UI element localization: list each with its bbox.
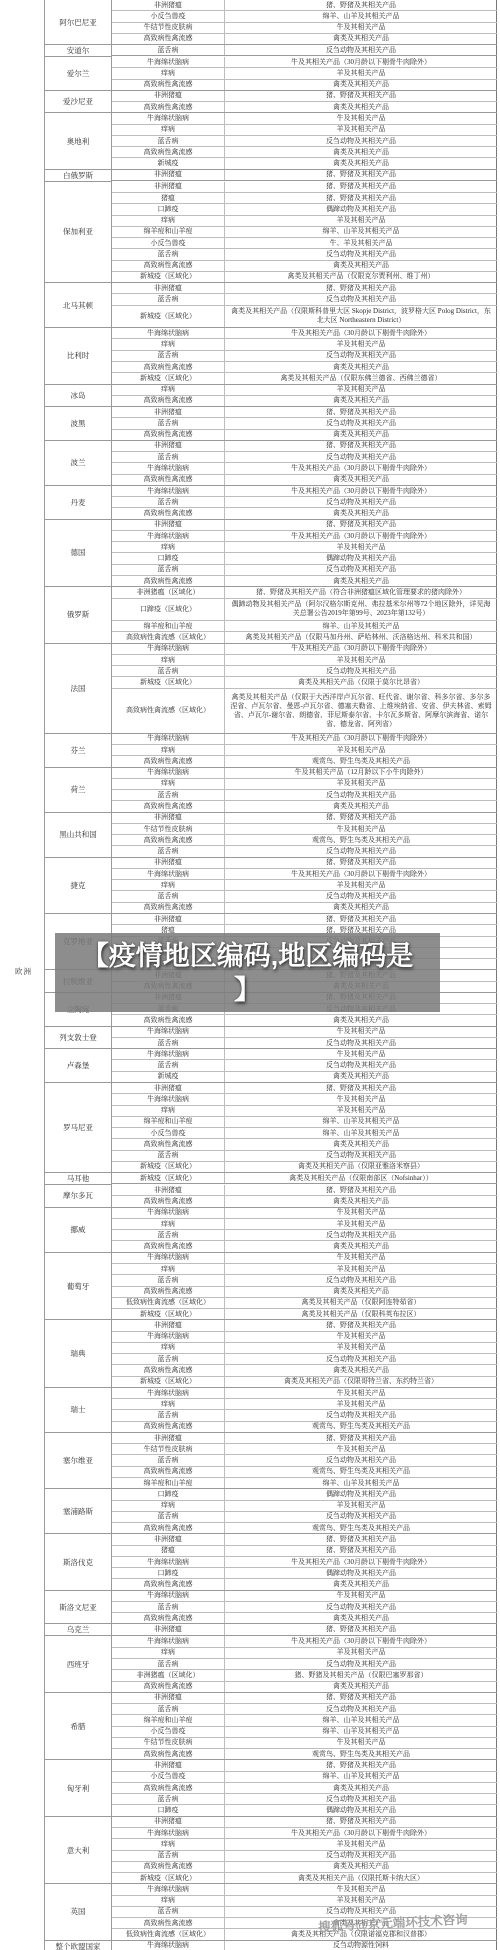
product-cell: 牛及其相关产品 xyxy=(225,1591,497,1601)
product-cell: 禽类及其相关产品 xyxy=(225,80,497,90)
table-row: 痒病羊及其相关产品 xyxy=(112,216,497,227)
disease-cell: 蓝舌病 xyxy=(112,45,225,55)
product-cell: 猪、野猪及其相关产品（仅限巴塞罗那省） xyxy=(225,1670,497,1680)
disease-cell: 口蹄疫 xyxy=(112,553,225,563)
disease-cell: 非洲猪瘟 xyxy=(112,407,225,417)
table-row: 牛海绵状脑病牛及其相关产品 xyxy=(112,1332,497,1343)
product-cell: 牛及其相关产品 xyxy=(225,1049,497,1059)
disease-cell: 小反刍兽疫 xyxy=(112,1128,225,1138)
table-row: 牛海绵状脑病牛及其相关产品（30月龄以下剔骨牛肉除外） xyxy=(112,734,497,745)
product-cell: 猪、野猪及其相关产品 xyxy=(225,1693,497,1703)
country-group: 葡萄牙牛海绵状脑病牛及其相关产品痒病羊及其相关产品蓝舌病反刍动物及其相关产品高致… xyxy=(45,1253,497,1321)
disease-cell: 牛结节性皮肤病 xyxy=(112,23,225,33)
table-row: 牛海绵状脑病牛及其相关产品（30月龄以下剔骨牛肉除外） xyxy=(112,1557,497,1568)
disease-cell: 蓝舌病 xyxy=(112,1151,225,1161)
disease-cell: 口蹄疫 xyxy=(112,1568,225,1578)
country-cell: 法国 xyxy=(45,644,112,734)
table-row: 低致病性禽流感（区域化）禽类及其相关产品（仅限阿连特茹省） xyxy=(112,1298,497,1309)
country-cell: 荷兰 xyxy=(45,768,112,813)
table-row: 痒病羊及其相关产品 xyxy=(112,1343,497,1354)
table-row: 口蹄疫偶蹄动物及其相关产品 xyxy=(112,204,497,215)
disease-cell: 非洲猪瘟 xyxy=(112,283,225,293)
table-row: 蓝舌病反刍动物及其相关产品 xyxy=(112,497,497,508)
table-row: 高致病性禽流感禽类及其相关产品 xyxy=(112,475,497,486)
row-list: 牛海绵状脑病牛及其相关产品（30月龄以下剔骨牛肉除外）痒病羊及其相关产品蓝舌病反… xyxy=(112,1636,497,1692)
table-row: 痒病羊及其相关产品 xyxy=(112,125,497,136)
product-cell: 猪、野猪及其相关产品 xyxy=(225,283,497,293)
table-row: 蓝舌病反刍动物及其相关产品 xyxy=(112,1512,497,1523)
table-row: 非洲猪瘟猪、野猪及其相关产品 xyxy=(112,1760,497,1771)
table-row: 口蹄疫偶蹄动物及其相关产品 xyxy=(112,1568,497,1579)
table-row: 绵羊痘和山羊痘绵羊、山羊及其相关产品 xyxy=(112,1478,497,1489)
table-row: 痒病羊及其相关产品 xyxy=(112,655,497,666)
disease-cell: 高致病性禽流感 xyxy=(112,1749,225,1759)
product-cell: 禽类及其相关产品 xyxy=(225,34,497,44)
disease-cell: 非洲猪瘟 xyxy=(112,441,225,451)
table-row: 蓝舌病反刍动物及其相关产品 xyxy=(112,891,497,902)
table-row: 蓝舌病反刍动物及其相关产品 xyxy=(112,790,497,801)
product-cell: 羊及其相关产品 xyxy=(225,68,497,78)
table-row: 蓝舌病反刍动物及其相关产品 xyxy=(112,1060,497,1071)
table-row: 蓝舌病反刍动物及其相关产品 xyxy=(112,1794,497,1805)
row-list: 非洲猪瘟猪、野猪及其相关产品蓝舌病反刍动物及其相关产品高致病性禽流感禽类及其相关… xyxy=(112,407,497,441)
table-row: 非洲猪瘟猪、野猪及其相关产品 xyxy=(112,91,497,102)
disease-cell: 蓝舌病 xyxy=(112,1659,225,1669)
product-cell: 反刍动物及其相关产品 xyxy=(225,45,497,55)
disease-cell: 非洲猪瘟 xyxy=(112,91,225,101)
disease-cell: 痒病 xyxy=(112,1839,225,1849)
disease-cell: 蓝舌病 xyxy=(112,452,225,462)
table-row: 新城疫（区域化）禽类及其相关产品（仅限哥特兰省、东约特兰省） xyxy=(112,1377,497,1388)
table-row: 痒病羊及其相关产品 xyxy=(112,1896,497,1907)
continent-label: 欧洲 xyxy=(3,966,44,977)
row-list: 牛海绵状脑病牛及其相关产品（30月龄以下剔骨牛肉除外）蓝舌病反刍动物及其相关产品… xyxy=(112,486,497,520)
product-cell: 禽类及其相关产品 xyxy=(225,1015,497,1025)
product-cell: 羊及其相关产品 xyxy=(225,339,497,349)
product-cell: 绵羊、山羊及其相关产品 xyxy=(225,1478,497,1488)
table-row: 蓝舌病反刍动物及其相关产品 xyxy=(112,1455,497,1466)
table-row: 牛海绵状脑病牛及其相关产品（30月龄以下剔骨牛肉除外） xyxy=(112,328,497,339)
row-list: 非洲猪瘟猪、野猪及其相关产品 xyxy=(112,1624,497,1636)
table-row: 蓝舌病反刍动物及其相关产品 xyxy=(112,1230,497,1241)
disease-cell: 高致病性禽流感（区域化） xyxy=(112,632,225,642)
row-list: 非洲猪瘟猪、野猪及其相关产品猪瘟猪、野猪及其相关产品口蹄疫偶蹄动物及其相关产品痒… xyxy=(112,182,497,283)
product-cell: 牛及其相关产品（30月龄以下剔骨牛肉除外） xyxy=(225,1636,497,1646)
disease-cell: 牛海绵状脑病 xyxy=(112,531,225,541)
disease-cell: 非洲猪瘟 xyxy=(112,914,225,924)
row-list: 非洲猪瘟猪、野猪及其相关产品 xyxy=(112,170,497,182)
product-cell: 羊及其相关产品 xyxy=(225,1648,497,1658)
product-cell: 禽类及其相关产品 xyxy=(225,1862,497,1872)
product-cell: 绵羊、山羊及其相关产品 xyxy=(225,227,497,237)
country-group: 卢森堡牛海绵状脑病牛及其相关产品蓝舌病反刍动物及其相关产品新城疫禽类及其相关产品 xyxy=(45,1049,497,1083)
disease-cell: 牛海绵状脑病 xyxy=(112,1049,225,1059)
product-cell: 猪、野猪及其相关产品 xyxy=(225,1433,497,1443)
product-cell: 禽类及其相关产品（仅限哥特兰省、东约特兰省） xyxy=(225,1377,497,1387)
product-cell: 反刍动物及其相关产品 xyxy=(225,790,497,800)
product-cell: 猪、野猪及其相关产品 xyxy=(225,1083,497,1093)
product-cell: 禽类及其相关产品（仅限托斯卡纳大区） xyxy=(225,1873,497,1883)
table-row: 痒病羊及其相关产品 xyxy=(112,1264,497,1275)
country-group: 波兰非洲猪瘟猪、野猪及其相关产品蓝舌病反刍动物及其相关产品牛海绵状脑病牛及其相关… xyxy=(45,441,497,486)
country-cell: 摩尔多瓦 xyxy=(45,1185,112,1208)
product-cell: 猪、野猪及其相关产品 xyxy=(225,1534,497,1544)
product-cell: 牛及其相关产品（30月龄以下剔骨牛肉除外） xyxy=(225,463,497,473)
table-row: 痒病羊及其相关产品 xyxy=(112,1839,497,1850)
disease-cell: 绵羊痘和山羊痘 xyxy=(112,1478,225,1488)
country-cell: 乌克兰 xyxy=(45,1624,112,1636)
table-row: 蓝舌病反刍动物及其相关产品 xyxy=(112,846,497,857)
table-row: 蓝舌病反刍动物及其相关产品 xyxy=(112,351,497,362)
country-group: 斯洛文尼亚牛海绵状脑病牛及其相关产品蓝舌病反刍动物及其相关产品高致病性禽流感禽类… xyxy=(45,1591,497,1625)
product-cell: 偶蹄动物及其相关产品（阿尔汉格尔斯克州、弗拉基米尔州等72个地区除外，详见海关总… xyxy=(225,599,497,621)
product-cell: 牛及其相关产品（30月龄以下剔骨牛肉除外） xyxy=(225,644,497,654)
product-cell: 猪、野猪及其相关产品 xyxy=(225,193,497,203)
table-row: 新城疫（区域化）禽类及其相关产品（仅限于莫尔比昂省） xyxy=(112,677,497,688)
product-cell: 禽类及其相关产品 xyxy=(225,1196,497,1206)
product-cell: 猪、野猪及其相关产品 xyxy=(225,1320,497,1330)
product-cell: 禽类及其相关产品 xyxy=(225,362,497,372)
product-cell: 禽类及其相关产品（仅限科英布拉区） xyxy=(225,1309,497,1319)
row-list: 非洲猪瘟猪、野猪及其相关产品牛结节性皮肤病牛及其相关产品蓝舌病反刍动物及其相关产… xyxy=(112,1433,497,1489)
country-group: 德国非洲猪瘟猪、野猪及其相关产品牛海绵状脑病牛及其相关产品（30月龄以下剔骨牛肉… xyxy=(45,520,497,588)
table-row: 高致病性禽流感禽类及其相关产品 xyxy=(112,1139,497,1150)
country-cell: 英国 xyxy=(45,1884,112,1940)
product-cell: 绵羊、山羊及其相关产品 xyxy=(225,621,497,631)
disease-cell: 牛海绵状脑病 xyxy=(112,869,225,879)
product-cell: 反刍动物及其相关产品 xyxy=(225,1060,497,1070)
table-row: 猪瘟猪、野猪及其相关产品 xyxy=(112,1546,497,1557)
disease-cell: 新城疫（区域化） xyxy=(112,1162,225,1172)
table-row: 绵羊痘和山羊痘绵羊、山羊及其相关产品 xyxy=(112,227,497,238)
table-row: 非洲猪瘟猪、野猪及其相关产品 xyxy=(112,170,497,181)
disease-cell: 新城疫（区域化） xyxy=(112,306,225,328)
disease-cell: 高致病性禽流感 xyxy=(112,1139,225,1149)
product-cell: 禽类及其相关产品 xyxy=(225,1365,497,1375)
table-row: 小反刍兽疫绵羊、山羊及其相关产品 xyxy=(112,1772,497,1783)
disease-cell: 牛海绵状脑病 xyxy=(112,1094,225,1104)
disease-cell: 痒病 xyxy=(112,385,225,395)
table-row: 非洲猪瘟（区域化）猪、野猪及其相关产品（仅限巴塞罗那省） xyxy=(112,1670,497,1681)
row-list: 新城疫（区域化）禽类及其相关产品（仅限南部区（Nofsinhar）） xyxy=(112,1173,497,1185)
country-group: 奥地利牛海绵状脑病牛及其相关产品痒病羊及其相关产品蓝舌病反刍动物及其相关产品高致… xyxy=(45,113,497,169)
table-row: 痒病羊及其相关产品 xyxy=(112,1648,497,1659)
country-group: 捷克非洲猪瘟猪、野猪及其相关产品牛海绵状脑病牛及其相关产品（30月龄以下剔骨牛肉… xyxy=(45,858,497,914)
product-cell: 猪、野猪及其相关产品 xyxy=(225,1817,497,1827)
product-cell: 牛及其相关产品 xyxy=(225,113,497,123)
disease-cell: 高致病性禽流感 xyxy=(112,903,225,913)
table-row: 蓝舌病反刍动物及其相关产品 xyxy=(112,452,497,463)
country-group: 保加利亚非洲猪瘟猪、野猪及其相关产品猪瘟猪、野猪及其相关产品口蹄疫偶蹄动物及其相… xyxy=(45,182,497,283)
disease-cell: 新城疫（区域化） xyxy=(112,677,225,687)
disease-cell: 高致病性禽流感 xyxy=(112,1579,225,1589)
product-cell: 牛及其相关产品（30月龄以下剔骨牛肉除外） xyxy=(225,734,497,744)
disease-cell: 低致病性禽流感（区域化） xyxy=(112,1929,225,1939)
country-cell: 塞浦路斯 xyxy=(45,1489,112,1534)
country-group: 罗马尼亚非洲猪瘟猪、野猪及其相关产品牛海绵状脑病牛及其相关产品痒病羊及其相关产品… xyxy=(45,1083,497,1173)
country-cell: 俄罗斯 xyxy=(45,587,112,643)
product-cell: 猪、野猪及其相关产品 xyxy=(225,813,497,823)
disease-cell: 牛海绵状脑病 xyxy=(112,328,225,338)
product-cell: 反刍动物及其相关产品 xyxy=(225,351,497,361)
country-cell: 整个欧盟国家 xyxy=(45,1941,112,1950)
product-cell: 牛及其相关产品（30月龄以下剔骨牛肉除外） xyxy=(225,1828,497,1838)
product-cell: 反刍动物及其相关产品 xyxy=(225,1230,497,1240)
table-row: 非洲猪瘟猪、野猪及其相关产品 xyxy=(112,1693,497,1704)
disease-cell: 蓝舌病 xyxy=(112,1354,225,1364)
table-row: 非洲猪瘟猪、野猪及其相关产品 xyxy=(112,1185,497,1196)
row-list: 非洲猪瘟猪、野猪及其相关产品牛海绵状脑病牛及其相关产品痒病羊及其相关产品绵羊痘和… xyxy=(112,1083,497,1173)
country-group: 塞尔维亚非洲猪瘟猪、野猪及其相关产品牛结节性皮肤病牛及其相关产品蓝舌病反刍动物及… xyxy=(45,1433,497,1489)
disease-cell: 新城疫（区域化） xyxy=(112,1873,225,1883)
table-row: 牛海绵状脑病牛及其相关产品 xyxy=(112,1208,497,1219)
table-row: 高致病性禽流感禽类及其相关产品 xyxy=(112,508,497,519)
product-cell: 禽类及其相关产品 xyxy=(225,261,497,271)
table-row: 蓝舌病反刍动物及其相关产品 xyxy=(112,249,497,260)
country-group: 阿尔巴尼亚非洲猪瘟猪、野猪及其相关产品小反刍兽疫绵羊、山羊及其相关产品牛结节性皮… xyxy=(45,0,497,45)
country-cell: 波兰 xyxy=(45,441,112,486)
country-cell: 西班牙 xyxy=(45,1636,112,1692)
country-group: 塞浦路斯口蹄疫偶蹄动物及其相关产品痒病羊及其相关产品蓝舌病反刍动物及其相关产品高… xyxy=(45,1489,497,1534)
disease-cell: 牛海绵状脑病 xyxy=(112,1332,225,1342)
table-row: 口蹄疫（区域化）偶蹄动物及其相关产品（阿尔汉格尔斯克州、弗拉基米尔州等72个地区… xyxy=(112,599,497,622)
product-cell: 反刍动物及其相关产品 xyxy=(225,1512,497,1522)
country-cell: 塞尔维亚 xyxy=(45,1433,112,1489)
disease-cell: 高致病性禽流感 xyxy=(112,147,225,157)
table-row: 小反刍兽疫绵羊、山羊及其相关产品 xyxy=(112,11,497,22)
product-cell: 反刍动物及其相关产品 xyxy=(225,418,497,428)
product-cell: 牛及其相关产品 xyxy=(225,1332,497,1342)
table-row: 高致病性禽流感观赏鸟、野生鸟类及其相关产品 xyxy=(112,1467,497,1478)
table-row: 牛海绵状脑病牛及其相关产品（12月龄以下小牛肉除外） xyxy=(112,768,497,779)
disease-cell: 口蹄疫 xyxy=(112,1805,225,1815)
country-cell: 波黑 xyxy=(45,407,112,441)
table-row: 非洲猪瘟（区域化）猪、野猪及其相关产品（符合非洲猪瘟区域化管理要求的猪肉除外） xyxy=(112,587,497,598)
product-cell: 观赏鸟、野生鸟类及其相关产品 xyxy=(225,1422,497,1432)
table-row: 痒病羊及其相关产品 xyxy=(112,1219,497,1230)
disease-cell: 牛海绵状脑病 xyxy=(112,486,225,496)
product-cell: 禽类及其相关产品（仅限东佛兰德省、西佛兰德省） xyxy=(225,373,497,383)
disease-cell: 牛海绵状脑病 xyxy=(112,1253,225,1263)
disease-cell: 痒病 xyxy=(112,745,225,755)
product-cell: 羊及其相关产品 xyxy=(225,1106,497,1116)
table-row: 非洲猪瘟猪、野猪及其相关产品 xyxy=(112,182,497,193)
table-row: 高致病性禽流感观赏鸟、野生鸟类及其相关产品 xyxy=(112,1422,497,1433)
disease-cell: 小反刍兽疫 xyxy=(112,1772,225,1782)
disease-cell: 新城疫（区域化） xyxy=(112,1309,225,1319)
row-list: 非洲猪瘟猪、野猪及其相关产品猪瘟猪、野猪及其相关产品牛海绵状脑病牛及其相关产品（… xyxy=(112,1534,497,1590)
row-list: 牛海绵状脑病牛及其相关产品痒病羊及其相关产品蓝舌病反刍动物及其相关产品高致病性禽… xyxy=(112,1388,497,1433)
table-row: 痒病羊及其相关产品 xyxy=(112,880,497,891)
disease-cell: 新城疫 xyxy=(112,1072,225,1082)
row-list: 蓝舌病反刍动物及其相关产品 xyxy=(112,45,497,57)
country-cell: 捷克 xyxy=(45,858,112,914)
table-row: 痒病羊及其相关产品 xyxy=(112,68,497,79)
country-group: 丹麦牛海绵状脑病牛及其相关产品（30月龄以下剔骨牛肉除外）蓝舌病反刍动物及其相关… xyxy=(45,486,497,520)
product-cell: 猪、野猪及其相关产品 xyxy=(225,91,497,101)
disease-cell: 蓝舌病 xyxy=(112,1794,225,1804)
product-cell: 禽类及其相关产品 xyxy=(225,576,497,586)
table-row: 绵羊痘和山羊痘绵羊、山羊及其相关产品 xyxy=(112,1715,497,1726)
disease-cell: 高致病性禽流感 xyxy=(112,1422,225,1432)
disease-cell: 高致病性禽流感（区域化） xyxy=(112,689,225,733)
table-row: 蓝舌病反刍动物及其相关产品 xyxy=(112,1602,497,1613)
row-list: 牛海绵状脑病牛及其相关产品蓝舌病反刍动物及其相关产品新城疫禽类及其相关产品 xyxy=(112,1049,497,1083)
product-cell: 观赏鸟、野生鸟类及其相关产品 xyxy=(225,756,497,766)
country-group: 整个欧盟国家牛海绵状脑病反刍动物源性饲料 xyxy=(45,1941,497,1950)
country-cell: 比利时 xyxy=(45,328,112,384)
table-row: 高致病性禽流感禽类及其相关产品 xyxy=(112,102,497,113)
table-row: 非洲猪瘟猪、野猪及其相关产品 xyxy=(112,1320,497,1331)
disease-cell: 新城疫 xyxy=(112,158,225,168)
disease-cell: 痒病 xyxy=(112,216,225,226)
table-row: 高致病性禽流感禽类及其相关产品 xyxy=(112,1015,497,1026)
product-cell: 牛及其相关产品 xyxy=(225,1738,497,1748)
table-row: 牛海绵状脑病牛及其相关产品（30月龄以下剔骨牛肉除外） xyxy=(112,1636,497,1647)
disease-cell: 痒病 xyxy=(112,339,225,349)
product-cell: 禽类及其相关产品 xyxy=(225,1139,497,1149)
product-cell: 反刍动物及其相关产品 xyxy=(225,249,497,259)
country-cell: 爱尔兰 xyxy=(45,57,112,91)
product-cell: 牛及其相关产品（30月龄以下剔骨牛肉除外） xyxy=(225,869,497,879)
disease-cell: 新城疫（区域化） xyxy=(112,1377,225,1387)
table-row: 痒病羊及其相关产品 xyxy=(112,779,497,790)
table-row: 蓝舌病反刍动物及其相关产品 xyxy=(112,1151,497,1162)
table-row: 非洲猪瘟猪、野猪及其相关产品 xyxy=(112,914,497,925)
country-cell: 葡萄牙 xyxy=(45,1253,112,1321)
disease-cell: 蓝舌病 xyxy=(112,1275,225,1285)
disease-cell: 蓝舌病 xyxy=(112,1060,225,1070)
row-list: 牛海绵状脑病牛及其相关产品痒病羊及其相关产品蓝舌病反刍动物及其相关产品高致病性禽… xyxy=(112,1253,497,1321)
country-cell: 瑞士 xyxy=(45,1388,112,1433)
disease-cell: 牛海绵状脑病 xyxy=(112,113,225,123)
product-cell: 禽类及其相关产品 xyxy=(225,903,497,913)
disease-cell: 绵羊痘和山羊痘 xyxy=(112,1715,225,1725)
table-row: 高致病性禽流感观赏鸟、野生鸟类及其相关产品 xyxy=(112,1749,497,1760)
product-cell: 猪、野猪及其相关产品 xyxy=(225,1185,497,1195)
table-row: 牛海绵状脑病牛及其相关产品 xyxy=(112,113,497,124)
disease-cell: 蓝舌病 xyxy=(112,294,225,304)
disease-cell: 高致病性禽流感 xyxy=(112,1196,225,1206)
product-cell: 绵羊、山羊及其相关产品 xyxy=(225,1117,497,1127)
product-cell: 猪、野猪及其相关产品（符合非洲猪瘟区域化管理要求的猪肉除外） xyxy=(225,587,497,597)
country-group: 法国牛海绵状脑病牛及其相关产品（30月龄以下剔骨牛肉除外）痒病羊及其相关产品蓝舌… xyxy=(45,644,497,734)
row-list: 牛海绵状脑病牛及其相关产品（30月龄以下剔骨牛肉除外）痒病羊及其相关产品蓝舌病反… xyxy=(112,644,497,734)
table-row: 痒病羊及其相关产品 xyxy=(112,1399,497,1410)
product-cell: 禽类及其相关产品（仅限于莫尔比昂省） xyxy=(225,677,497,687)
table-row: 绵羊痘和山羊痘绵羊、山羊及其相关产品 xyxy=(112,1117,497,1128)
disease-cell: 蓝舌病 xyxy=(112,891,225,901)
disease-cell: 蓝舌病 xyxy=(112,846,225,856)
disease-cell: 高致病性禽流感 xyxy=(112,1783,225,1793)
disease-cell: 口蹄疫 xyxy=(112,1489,225,1499)
country-cell: 北马其顿 xyxy=(45,283,112,328)
product-cell: 绵羊、山羊及其相关产品 xyxy=(225,11,497,21)
table-row: 猪瘟猪、野猪及其相关产品 xyxy=(112,193,497,204)
country-group: 白俄罗斯非洲猪瘟猪、野猪及其相关产品 xyxy=(45,170,497,182)
product-cell: 牛、羊及其相关产品 xyxy=(225,238,497,248)
country-group: 比利时牛海绵状脑病牛及其相关产品（30月龄以下剔骨牛肉除外）痒病羊及其相关产品蓝… xyxy=(45,328,497,384)
product-cell: 禽类及其相关产品 xyxy=(225,1241,497,1251)
product-cell: 观赏鸟、野生鸟类及其相关产品 xyxy=(225,1467,497,1477)
product-cell: 禽类及其相关产品 xyxy=(225,1783,497,1793)
table-row: 非洲猪瘟猪、野猪及其相关产品 xyxy=(112,520,497,531)
disease-cell: 高致病性禽流感 xyxy=(112,835,225,845)
table-row: 蓝舌病反刍动物及其相关产品 xyxy=(112,666,497,677)
table-row: 蓝舌病反刍动物及其相关产品 xyxy=(112,136,497,147)
disease-cell: 痒病 xyxy=(112,1896,225,1906)
disease-cell: 高致病性禽流感 xyxy=(112,1467,225,1477)
country-group: 芬兰牛海绵状脑病牛及其相关产品（30月龄以下剔骨牛肉除外）痒病羊及其相关产品高致… xyxy=(45,734,497,768)
table-row: 小反刍兽疫绵羊、山羊及其相关产品 xyxy=(112,1727,497,1738)
disease-cell: 绵羊痘和山羊痘 xyxy=(112,227,225,237)
row-list: 痒病羊及其相关产品高致病性禽流感禽类及其相关产品 xyxy=(112,385,497,408)
product-cell: 牛及其相关产品 xyxy=(225,23,497,33)
disease-cell: 新城疫（区域化） xyxy=(112,1173,225,1183)
country-cell: 丹麦 xyxy=(45,486,112,520)
disease-cell: 高致病性禽流感 xyxy=(112,1015,225,1025)
disease-cell: 非洲猪瘟 xyxy=(112,1320,225,1330)
overlay-caption-line2: 】 xyxy=(234,973,261,1007)
country-group: 列支敦士登牛海绵状脑病牛及其相关产品蓝舌病反刍动物及其相关产品 xyxy=(45,1027,497,1050)
disease-cell: 绵羊痘和山羊痘 xyxy=(112,1117,225,1127)
disease-cell: 小反刍兽疫 xyxy=(112,238,225,248)
table-row: 高致病性禽流感禽类及其相关产品 xyxy=(112,903,497,914)
country-group: 马耳他新城疫（区域化）禽类及其相关产品（仅限南部区（Nofsinhar）） xyxy=(45,1173,497,1185)
product-cell: 反刍动物及其相关产品 xyxy=(225,1794,497,1804)
country-cell: 芬兰 xyxy=(45,734,112,768)
row-list: 牛海绵状脑病牛及其相关产品（30月龄以下剔骨牛肉除外）痒病羊及其相关产品高致病性… xyxy=(112,734,497,768)
table-row: 牛海绵状脑病牛及其相关产品（30月龄以下剔骨牛肉除外） xyxy=(112,463,497,474)
country-group: 希腊非洲猪瘟猪、野猪及其相关产品蓝舌病反刍动物及其相关产品绵羊痘和山羊痘绵羊、山… xyxy=(45,1693,497,1761)
row-list: 非洲猪瘟猪、野猪及其相关产品蓝舌病反刍动物及其相关产品新城疫（区域化）禽类及其相… xyxy=(112,283,497,328)
product-cell: 反刍动物及其相关产品 xyxy=(225,891,497,901)
disease-cell: 新城疫（区域化） xyxy=(112,373,225,383)
row-list: 非洲猪瘟猪、野猪及其相关产品牛海绵状脑病牛及其相关产品（30月龄以下剔骨牛肉除外… xyxy=(112,858,497,914)
product-cell: 偶蹄动物及其相关产品 xyxy=(225,204,497,214)
product-cell: 反刍动物及其相关产品 xyxy=(225,497,497,507)
disease-cell: 牛海绵状脑病 xyxy=(112,1557,225,1567)
disease-cell: 蓝舌病 xyxy=(112,1704,225,1714)
row-list: 非洲猪瘟猪、野猪及其相关产品牛海绵状脑病牛及其相关产品痒病羊及其相关产品蓝舌病反… xyxy=(112,1320,497,1388)
disease-cell: 牛海绵状脑病 xyxy=(112,1941,225,1950)
country-group: 安道尔蓝舌病反刍动物及其相关产品 xyxy=(45,45,497,57)
row-list: 牛海绵状脑病牛及其相关产品（12月龄以下小牛肉除外）痒病羊及其相关产品蓝舌病反刍… xyxy=(112,768,497,813)
table-row: 高致病性禽流感禽类及其相关产品 xyxy=(112,1196,497,1207)
disease-cell: 痒病 xyxy=(112,542,225,552)
table-row: 高致病性禽流感禽类及其相关产品 xyxy=(112,430,497,441)
country-cell: 意大利 xyxy=(45,1817,112,1885)
table-row: 高致病性禽流感禽类及其相关产品 xyxy=(112,80,497,91)
table-row: 口蹄疫偶蹄动物及其相关产品 xyxy=(112,553,497,564)
table-row: 高致病性禽流感禽类及其相关产品 xyxy=(112,576,497,587)
table-row: 牛海绵状脑病牛及其相关产品（30月龄以下剔骨牛肉除外） xyxy=(112,869,497,880)
product-cell: 观赏鸟、野生鸟类及其相关产品 xyxy=(225,835,497,845)
product-cell: 牛及其相关产品（30月龄以下剔骨牛肉除外） xyxy=(225,1557,497,1567)
product-cell: 羊及其相关产品 xyxy=(225,745,497,755)
country-cell: 奥地利 xyxy=(45,113,112,169)
row-list: 非洲猪瘟猪、野猪及其相关产品高致病性禽流感禽类及其相关产品 xyxy=(112,91,497,114)
product-cell: 反刍动物及其相关产品 xyxy=(225,666,497,676)
product-cell: 禽类及其相关产品 xyxy=(225,1613,497,1623)
disease-cell: 小反刍兽疫 xyxy=(112,1727,225,1737)
product-cell: 禽类及其相关产品 xyxy=(225,396,497,406)
disease-cell: 高致病性禽流感 xyxy=(112,1613,225,1623)
table-row: 蓝舌病反刍动物及其相关产品 xyxy=(112,565,497,576)
disease-cell: 蓝舌病 xyxy=(112,1851,225,1861)
product-cell: 反刍动物及其相关产品 xyxy=(225,846,497,856)
row-list: 非洲猪瘟猪、野猪及其相关产品蓝舌病反刍动物及其相关产品绵羊痘和山羊痘绵羊、山羊及… xyxy=(112,1693,497,1761)
